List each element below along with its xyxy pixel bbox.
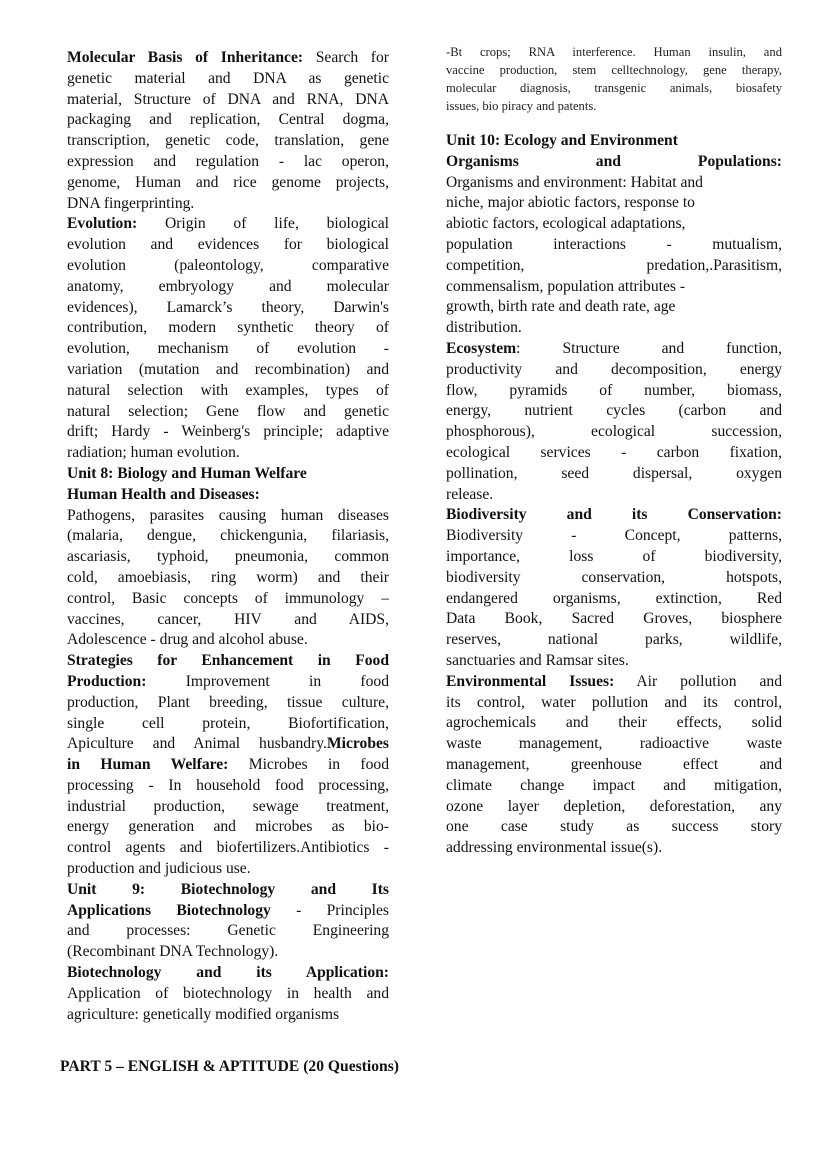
- text-line: processing - In household food processin…: [67, 776, 389, 797]
- body-text: agriculture: genetically modified organi…: [67, 1006, 339, 1023]
- bold-heading: Unit 10: Ecology and Environment: [446, 132, 678, 149]
- bold-heading: Evolution:: [67, 215, 137, 232]
- body-text: evolution, mechanism of evolution -: [67, 340, 389, 357]
- text-line: evolution (paleontology, comparative: [67, 256, 389, 277]
- body-text: competition, predation,.Parasitism,: [446, 257, 782, 274]
- text-line: genome, Human and rice genome projects,: [67, 173, 389, 194]
- text-line: variation (mutation and recombination) a…: [67, 360, 389, 381]
- body-text: reserves, national parks, wildlife,: [446, 631, 782, 648]
- text-line: abiotic factors, ecological adaptations,: [446, 214, 782, 235]
- body-text: evolution (paleontology, comparative: [67, 257, 389, 274]
- body-text: flow, pyramids of number, biomass,: [446, 382, 782, 399]
- body-text: processing - In household food processin…: [67, 777, 389, 794]
- text-line: ozone layer depletion, deforestation, an…: [446, 797, 782, 818]
- body-text: natural selection with examples, types o…: [67, 382, 389, 399]
- body-text: Air pollution and: [614, 673, 782, 690]
- body-text: one case study as success story: [446, 818, 782, 835]
- text-line: Production: Improvement in food: [67, 672, 389, 693]
- body-text: genome, Human and rice genome projects,: [67, 174, 389, 191]
- text-line: packaging and replication, Central dogma…: [67, 110, 389, 131]
- text-line: climate change impact and mitigation,: [446, 776, 782, 797]
- body-text: Application of biotechnology in health a…: [67, 985, 389, 1002]
- text-line: Molecular Basis of Inheritance: Search f…: [67, 48, 389, 69]
- text-line: transcription, genetic code, translation…: [67, 131, 389, 152]
- section-evolution: Evolution: Origin of life, biologicalevo…: [67, 214, 389, 464]
- text-line: vaccines, cancer, HIV and AIDS,: [67, 610, 389, 631]
- body-text: abiotic factors, ecological adaptations,: [446, 215, 685, 232]
- body-text: Origin of life, biological: [137, 215, 389, 232]
- text-line: Applications Biotechnology - Principles: [67, 901, 389, 922]
- body-text: Microbes in food: [228, 756, 389, 773]
- body-text: issues, bio piracy and patents.: [446, 99, 596, 113]
- text-line: distribution.: [446, 318, 782, 339]
- text-line: population interactions - mutualism,: [446, 235, 782, 256]
- section-unit-9: Unit 9: Biotechnology and ItsApplication…: [67, 880, 389, 963]
- section-food-production: Strategies for Enhancement in FoodProduc…: [67, 651, 389, 880]
- body-text: ecological services - carbon fixation,: [446, 444, 782, 461]
- text-line: Pathogens, parasites causing human disea…: [67, 506, 389, 527]
- bold-heading: Unit 8: Biology and Human Welfare: [67, 465, 307, 482]
- body-text: -Bt crops; RNA interference. Human insul…: [446, 45, 782, 59]
- text-line: Apiculture and Animal husbandry.Microbes: [67, 734, 389, 755]
- text-line: phosphorous), ecological succession,: [446, 422, 782, 443]
- body-text: energy, nutrient cycles (carbon and: [446, 402, 782, 419]
- section-biodiversity: Biodiversity and its Conservation:Biodiv…: [446, 505, 782, 671]
- text-line: control, Basic concepts of immunology –: [67, 589, 389, 610]
- bold-heading: Microbes: [327, 735, 389, 752]
- body-text: evolution and evidences for biological: [67, 236, 389, 253]
- text-line: agriculture: genetically modified organi…: [67, 1005, 389, 1026]
- body-text: DNA fingerprinting.: [67, 195, 194, 212]
- text-line: competition, predation,.Parasitism,: [446, 256, 782, 277]
- text-line: (malaria, dengue, chickengunia, filarias…: [67, 526, 389, 547]
- text-line: Unit 9: Biotechnology and Its: [67, 880, 389, 901]
- text-line: production, Plant breeding, tissue cultu…: [67, 693, 389, 714]
- text-line: evolution, mechanism of evolution -: [67, 339, 389, 360]
- bold-heading: Organisms and Populations:: [446, 153, 782, 170]
- body-text: Adolescence - drug and alcohol abuse.: [67, 631, 308, 648]
- text-line: expression and regulation - lac operon,: [67, 152, 389, 173]
- text-line: energy, nutrient cycles (carbon and: [446, 401, 782, 422]
- text-line: productivity and decomposition, energy: [446, 360, 782, 381]
- body-text: addressing environmental issue(s).: [446, 839, 662, 856]
- text-line: Biodiversity - Concept, patterns,: [446, 526, 782, 547]
- text-line: one case study as success story: [446, 817, 782, 838]
- bold-heading: Unit 9: Biotechnology and Its: [67, 881, 389, 898]
- section-unit-8: Unit 8: Biology and Human WelfareHuman H…: [67, 464, 389, 651]
- text-line: Strategies for Enhancement in Food: [67, 651, 389, 672]
- body-text: sanctuaries and Ramsar sites.: [446, 652, 629, 669]
- text-line: natural selection; Gene flow and genetic: [67, 402, 389, 423]
- body-text: variation (mutation and recombination) a…: [67, 361, 389, 378]
- body-text: climate change impact and mitigation,: [446, 777, 782, 794]
- text-line: release.: [446, 485, 782, 506]
- body-text: endangered organisms, extinction, Red: [446, 590, 782, 607]
- body-text: vaccines, cancer, HIV and AIDS,: [67, 611, 389, 628]
- body-text: growth, birth rate and death rate, age: [446, 298, 675, 315]
- text-line: Application of biotechnology in health a…: [67, 984, 389, 1005]
- text-line: its control, water pollution and its con…: [446, 693, 782, 714]
- bold-heading: Ecosystem: [446, 340, 516, 357]
- text-line: Biotechnology and its Application:: [67, 963, 389, 984]
- section-molecular-basis: Molecular Basis of Inheritance: Search f…: [67, 48, 389, 214]
- section-unit-10: Unit 10: Ecology and EnvironmentOrganism…: [446, 131, 782, 339]
- body-text: anatomy, embryology and molecular: [67, 278, 389, 295]
- text-line: Ecosystem: Structure and function,: [446, 339, 782, 360]
- text-line: and processes: Genetic Engineering: [67, 921, 389, 942]
- body-text: evidences), Lamarck’s theory, Darwin's: [67, 299, 389, 316]
- text-line: ecological services - carbon fixation,: [446, 443, 782, 464]
- text-line: Human Health and Diseases:: [67, 485, 389, 506]
- text-line: evolution and evidences for biological: [67, 235, 389, 256]
- text-line: Organisms and environment: Habitat and: [446, 173, 782, 194]
- body-text: Data Book, Sacred Groves, biosphere: [446, 610, 782, 627]
- body-text: - Principles: [271, 902, 389, 919]
- text-line: evidences), Lamarck’s theory, Darwin's: [67, 298, 389, 319]
- text-line: Organisms and Populations:: [446, 152, 782, 173]
- text-line: (Recombinant DNA Technology).: [67, 942, 389, 963]
- right-column: -Bt crops; RNA interference. Human insul…: [446, 43, 782, 859]
- text-line: genetic material and DNA as genetic: [67, 69, 389, 90]
- text-line: -Bt crops; RNA interference. Human insul…: [446, 43, 782, 61]
- section-ecosystem: Ecosystem: Structure and function,produc…: [446, 339, 782, 505]
- body-text: distribution.: [446, 319, 522, 336]
- body-text: Apiculture and Animal husbandry.: [67, 735, 327, 752]
- body-text: ozone layer depletion, deforestation, an…: [446, 798, 782, 815]
- body-text: vaccine production, stem celltechnology,…: [446, 63, 782, 77]
- body-text: industrial production, sewage treatment,: [67, 798, 389, 815]
- body-text: release.: [446, 486, 493, 503]
- text-line: agrochemicals and their effects, solid: [446, 713, 782, 734]
- text-line: issues, bio piracy and patents.: [446, 97, 782, 115]
- body-text: management, greenhouse effect and: [446, 756, 782, 773]
- body-text: Organisms and environment: Habitat and: [446, 174, 703, 191]
- body-text: control agents and biofertilizers.Antibi…: [67, 839, 389, 856]
- text-line: single cell protein, Biofortification,: [67, 714, 389, 735]
- text-line: pollination, seed dispersal, oxygen: [446, 464, 782, 485]
- body-text: ascariasis, typhoid, pneumonia, common: [67, 548, 389, 565]
- body-text: phosphorous), ecological succession,: [446, 423, 782, 440]
- text-line: importance, loss of biodiversity,: [446, 547, 782, 568]
- body-text: importance, loss of biodiversity,: [446, 548, 782, 565]
- bold-heading: Biotechnology and its Application:: [67, 964, 389, 981]
- text-line: industrial production, sewage treatment,: [67, 797, 389, 818]
- body-text: Biodiversity - Concept, patterns,: [446, 527, 782, 544]
- text-line: commensalism, population attributes -: [446, 277, 782, 298]
- body-text: : Structure and function,: [516, 340, 782, 357]
- text-line: material, Structure of DNA and RNA, DNA: [67, 90, 389, 111]
- body-text: waste management, radioactive waste: [446, 735, 782, 752]
- text-line: sanctuaries and Ramsar sites.: [446, 651, 782, 672]
- bold-heading: Molecular Basis of Inheritance:: [67, 49, 303, 66]
- body-text: pollination, seed dispersal, oxygen: [446, 465, 782, 482]
- body-text: productivity and decomposition, energy: [446, 361, 782, 378]
- body-text: packaging and replication, Central dogma…: [67, 111, 389, 128]
- right-sections: Unit 10: Ecology and EnvironmentOrganism…: [446, 131, 782, 859]
- text-line: Biodiversity and its Conservation:: [446, 505, 782, 526]
- body-text: drift; Hardy - Weinberg's principle; ada…: [67, 423, 389, 440]
- body-text: niche, major abiotic factors, response t…: [446, 194, 695, 211]
- body-text: agrochemicals and their effects, solid: [446, 714, 782, 731]
- body-text: material, Structure of DNA and RNA, DNA: [67, 91, 389, 108]
- section-environmental-issues: Environmental Issues: Air pollution andi…: [446, 672, 782, 859]
- body-text: contribution, modern synthetic theory of: [67, 319, 389, 336]
- body-text: (Recombinant DNA Technology).: [67, 943, 278, 960]
- text-line: Adolescence - drug and alcohol abuse.: [67, 630, 389, 651]
- text-line: niche, major abiotic factors, response t…: [446, 193, 782, 214]
- bold-heading: Environmental Issues:: [446, 673, 614, 690]
- section-biotech-application: Biotechnology and its Application:Applic…: [67, 963, 389, 1025]
- text-line: drift; Hardy - Weinberg's principle; ada…: [67, 422, 389, 443]
- text-line: energy generation and microbes as bio-: [67, 817, 389, 838]
- continuation-paragraph: -Bt crops; RNA interference. Human insul…: [446, 43, 782, 115]
- text-line: ascariasis, typhoid, pneumonia, common: [67, 547, 389, 568]
- body-text: molecular diagnosis, transgenic animals,…: [446, 81, 782, 95]
- text-line: management, greenhouse effect and: [446, 755, 782, 776]
- text-line: in Human Welfare: Microbes in food: [67, 755, 389, 776]
- body-text: its control, water pollution and its con…: [446, 694, 782, 711]
- bold-heading: Human Health and Diseases:: [67, 486, 260, 503]
- text-line: DNA fingerprinting.: [67, 194, 389, 215]
- bold-heading: Strategies for Enhancement in Food: [67, 652, 389, 669]
- body-text: commensalism, population attributes -: [446, 278, 685, 295]
- text-line: reserves, national parks, wildlife,: [446, 630, 782, 651]
- bold-heading: Production:: [67, 673, 146, 690]
- text-line: Unit 8: Biology and Human Welfare: [67, 464, 389, 485]
- left-column: Molecular Basis of Inheritance: Search f…: [67, 48, 389, 1025]
- body-text: transcription, genetic code, translation…: [67, 132, 389, 149]
- text-line: Evolution: Origin of life, biological: [67, 214, 389, 235]
- text-line: contribution, modern synthetic theory of: [67, 318, 389, 339]
- body-text: cold, amoebiasis, ring worm) and their: [67, 569, 389, 586]
- body-text: production, Plant breeding, tissue cultu…: [67, 694, 389, 711]
- text-line: growth, birth rate and death rate, age: [446, 297, 782, 318]
- text-line: addressing environmental issue(s).: [446, 838, 782, 859]
- body-text: (malaria, dengue, chickengunia, filarias…: [67, 527, 389, 544]
- body-text: population interactions - mutualism,: [446, 236, 782, 253]
- text-line: molecular diagnosis, transgenic animals,…: [446, 79, 782, 97]
- body-text: Search for: [303, 49, 389, 66]
- text-line: natural selection with examples, types o…: [67, 381, 389, 402]
- text-line: radiation; human evolution.: [67, 443, 389, 464]
- text-line: biodiversity conservation, hotspots,: [446, 568, 782, 589]
- text-line: Unit 10: Ecology and Environment: [446, 131, 782, 152]
- body-text: expression and regulation - lac operon,: [67, 153, 389, 170]
- body-text: energy generation and microbes as bio-: [67, 818, 389, 835]
- text-line: vaccine production, stem celltechnology,…: [446, 61, 782, 79]
- text-line: flow, pyramids of number, biomass,: [446, 381, 782, 402]
- body-text: single cell protein, Biofortification,: [67, 715, 389, 732]
- text-line: control agents and biofertilizers.Antibi…: [67, 838, 389, 859]
- text-line: Data Book, Sacred Groves, biosphere: [446, 609, 782, 630]
- body-text: Pathogens, parasites causing human disea…: [67, 507, 389, 524]
- body-text: and processes: Genetic Engineering: [67, 922, 389, 939]
- body-text: production and judicious use.: [67, 860, 251, 877]
- part-5-heading: PART 5 – ENGLISH & APTITUDE (20 Question…: [60, 1058, 399, 1076]
- bold-heading: Applications Biotechnology: [67, 902, 271, 919]
- text-line: anatomy, embryology and molecular: [67, 277, 389, 298]
- body-text: natural selection; Gene flow and genetic: [67, 403, 389, 420]
- text-line: cold, amoebiasis, ring worm) and their: [67, 568, 389, 589]
- body-text: control, Basic concepts of immunology –: [67, 590, 389, 607]
- body-text: genetic material and DNA as genetic: [67, 70, 389, 87]
- body-text: radiation; human evolution.: [67, 444, 240, 461]
- bold-heading: in Human Welfare:: [67, 756, 228, 773]
- text-line: Environmental Issues: Air pollution and: [446, 672, 782, 693]
- bold-heading: Biodiversity and its Conservation:: [446, 506, 782, 523]
- text-line: endangered organisms, extinction, Red: [446, 589, 782, 610]
- text-line: production and judicious use.: [67, 859, 389, 880]
- text-line: waste management, radioactive waste: [446, 734, 782, 755]
- body-text: Improvement in food: [146, 673, 389, 690]
- body-text: biodiversity conservation, hotspots,: [446, 569, 782, 586]
